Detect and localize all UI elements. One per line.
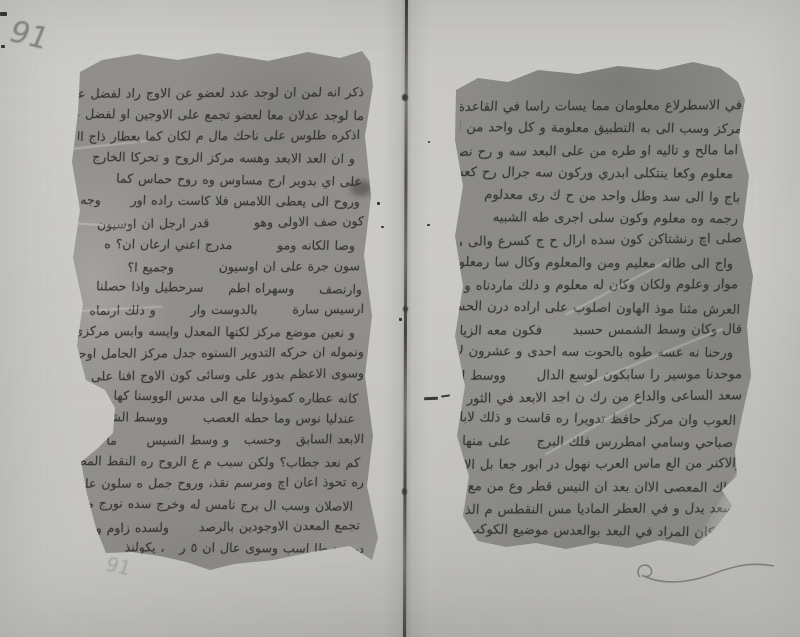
film-speck bbox=[1, 45, 5, 48]
text-line: واج الى طاله معليم ومن والمعلوم وكال سا … bbox=[460, 252, 743, 276]
text-line: كون صف الاولى وهو قدر ارجل ان اوسيون bbox=[78, 210, 364, 235]
text-line: عندليا نوس وما حطه العصب ووسط الشمس bbox=[78, 406, 365, 430]
text-line: وسوى الاعظم بدور على وسائى كون الاوج افن… bbox=[78, 362, 364, 387]
text-line: قال وكان وسط الشمس حسبد فكون معه الزياده… bbox=[459, 319, 742, 343]
page-corner-curl bbox=[616, 543, 786, 589]
text-line: سون جرة على ان اوسيون وجميع ا؟ bbox=[78, 255, 365, 278]
text-line: ذكر انه لمن ان لوجد عدد لعضو عن الاوج را… bbox=[78, 81, 365, 104]
right-page-text: في الاسطرلاع معلومان مما يسات راسا في ال… bbox=[460, 96, 742, 572]
film-speck bbox=[377, 202, 380, 205]
ink-smudge bbox=[350, 180, 372, 196]
text-line: ما لوجد عدلان معا لعضو تجمع على الاوجين … bbox=[78, 103, 365, 127]
folio-number: 91 bbox=[4, 14, 54, 56]
text-line: العوب وان مركز حافظ تدويرا ره قاست و ذلك… bbox=[457, 408, 740, 434]
film-speck bbox=[428, 141, 430, 143]
text-line: الابعد السابق وحسب و وسط السيس ما عط الب… bbox=[78, 428, 365, 451]
pointer-dash-icon bbox=[441, 394, 450, 397]
binding-knot bbox=[402, 94, 408, 101]
left-page-text: ذكر انه لمن ان لوجد عدد لعضو عن الاوج را… bbox=[78, 82, 364, 568]
text-line: باج وا الى سد وطل واحد من ح ك رى معدلوم bbox=[457, 184, 740, 210]
text-line: معلوم وكعا ينتكلى ابدري وركون سه جرال رح… bbox=[460, 162, 743, 186]
text-line: العرش مثنا موذ الهاون اصلوب على اراده در… bbox=[457, 296, 740, 322]
film-speck bbox=[0, 12, 7, 16]
film-speck bbox=[381, 226, 384, 228]
pointer-dash-icon bbox=[424, 397, 438, 400]
text-line: الاصلان وسب ال برج نامس له وخرج سده نورج… bbox=[75, 492, 362, 517]
text-line: و نعين موضع مركز لكنها المعدل وايسه وابس… bbox=[78, 320, 365, 344]
text-line: وروح الى يعطى اللامس فلا كاست راده اور و… bbox=[78, 189, 365, 213]
film-speck bbox=[427, 224, 430, 226]
text-line: في الاسطرلاع معلومان مما يسات راسا في ال… bbox=[459, 95, 742, 119]
text-line: والاكنر من الع ماس العرب نهول در ابور جع… bbox=[459, 453, 742, 477]
text-line: ونموله ان حركه التدوير السنوه جدل مركز ا… bbox=[78, 341, 365, 364]
right-page: في الاسطرلاع معلومان مما يسات راسا في ال… bbox=[448, 56, 760, 576]
film-speck bbox=[399, 318, 402, 321]
text-line: ره تحوذ اعان اچ ومرسم نقذ، وروح جمل ه سل… bbox=[78, 471, 365, 494]
text-line: صباحي وسامي امطررس فلك البرج على منها مع… bbox=[460, 431, 743, 455]
folio-bottom-mark: 91 bbox=[103, 554, 133, 580]
binding-knot bbox=[403, 306, 408, 312]
text-line: ورحنا نه عسه طوه بالحوت سه احدى و عشرون … bbox=[460, 341, 743, 365]
manuscript-photo: ذكر انه لمن ان لوجد عدد لعضو عن الاوج را… bbox=[0, 0, 800, 637]
text-line: و ان العد الابعد وهسه مركز الروح و تحركا… bbox=[78, 146, 365, 170]
text-line: رجمه وه معلوم وكون سلى اجرى طه الشبيه bbox=[460, 207, 743, 231]
left-page: ذكر انه لمن ان لوجد عدد لعضو عن الاوج را… bbox=[68, 46, 380, 572]
text-line: شاك المعصى الاان بعد ان النيس قطر وع من … bbox=[460, 476, 743, 500]
binding-knot bbox=[402, 488, 407, 495]
text-line: مركز وسب الى به التطبيق معلومة و كل واحد… bbox=[460, 117, 743, 141]
text-line: صلى اچ رنشتاكن كون سده ارال ح ج كسرع وال… bbox=[460, 229, 742, 255]
text-line: اما مالح و تاليه او طره من على البعد سه … bbox=[459, 140, 742, 164]
text-line: وارنصف وسهراه اطم سرحطيل واذا حصلنا bbox=[75, 275, 362, 300]
text-line: وصا الكانه ومو مدرج اعني ارعان ان؟ ه bbox=[78, 233, 365, 257]
text-line: كم نعد جطاب؟ ولكن سبب م ع الروح ره النقط… bbox=[78, 450, 365, 474]
text-line: السعد يدل و في العطر الماديا مس النقطس م… bbox=[459, 498, 742, 522]
